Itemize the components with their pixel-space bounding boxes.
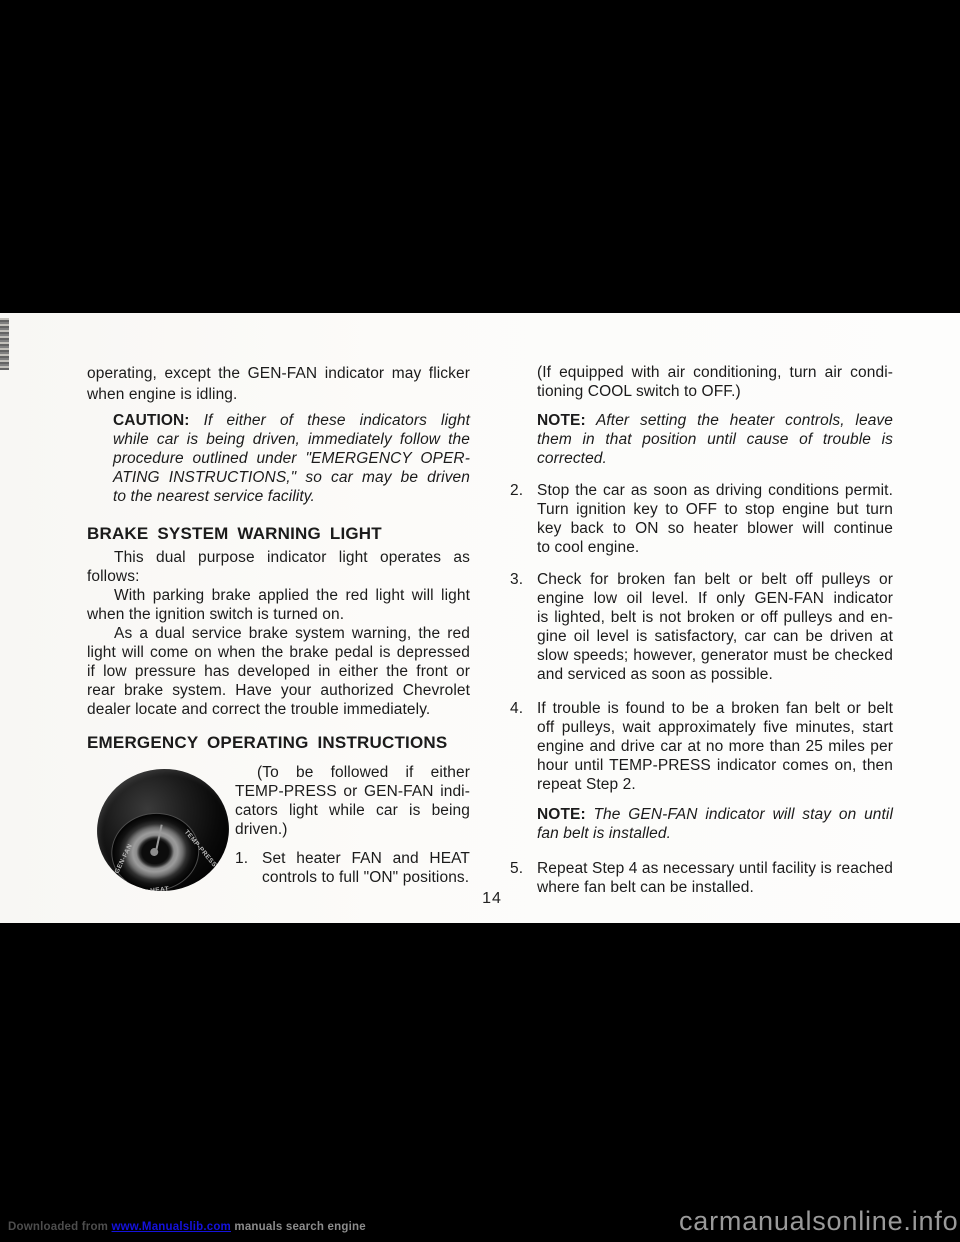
screen: operating, except the GEN-FAN indicator … [0,0,960,1242]
text-line: ATING INSTRUCTIONS," so car may be drive… [113,468,470,487]
text-line: light will come on when the brake pedal … [87,643,470,662]
block-label: CAUTION: [113,412,190,429]
list-item-4-number: 4. [510,699,537,794]
item1-continuation: (If equipped with air conditioning, turn… [537,363,893,401]
text-line: is lighted, belt is not broken or off pu… [537,608,893,627]
list-item-2: 2. Stop the car as soon as driving condi… [510,481,893,557]
downloaded-suffix: manuals search engine [231,1221,366,1233]
manualslib-link[interactable]: www.Manualslib.com [112,1221,231,1233]
list-item-1-number: 1. [235,849,262,887]
text-line: dealer locate and correct the trouble im… [87,700,470,719]
downloaded-prefix: Downloaded from [8,1221,112,1233]
text-line: With parking brake applied the red light… [87,586,470,605]
emergency-intro: (To be followed if eitherTEMP-PRESS or G… [235,763,470,839]
page-number: 14 [24,890,960,908]
text-line: (If equipped with air conditioning, turn… [537,363,893,382]
left-column: operating, except the GEN-FAN indicator … [87,363,470,895]
brake-paragraph-2: With parking brake applied the red light… [87,586,470,624]
block-label: NOTE: [537,412,586,429]
text-line: gine oil level is satisfactory, car can … [537,627,893,646]
right-column: (If equipped with air conditioning, turn… [510,363,893,897]
text-line: follows: [87,567,470,586]
text-line: TEMP-PRESS or GEN-FAN indi- [235,782,470,801]
text-line: key back to ON so heater blower will con… [537,519,893,538]
carmanualsonline-watermark: carmanualsonline.info [679,1206,958,1237]
list-item-3-text: Check for broken fan belt or belt off pu… [537,570,893,684]
text-line: Stop the car as soon as driving conditio… [537,481,893,500]
list-item-1: 1. Set heater FAN and HEATcontrols to fu… [235,849,470,887]
text-line: fan belt is installed. [537,824,893,843]
block-label: NOTE: [537,806,586,823]
manual-page: operating, except the GEN-FAN indicator … [0,313,960,923]
text-line: If trouble is found to be a broken fan b… [537,699,893,718]
text-line: repeat Step 2. [537,775,893,794]
text-line: Repeat Step 4 as necessary until facilit… [537,859,893,878]
brake-paragraph-1: This dual purpose indicator light operat… [87,548,470,586]
text-line: hour until TEMP-PRESS indicator comes on… [537,756,893,775]
downloaded-watermark: Downloaded from www.Manualslib.com manua… [8,1221,366,1233]
text-line: (To be followed if either [235,763,470,782]
scan-artifact [0,318,9,370]
list-item-4-text: If trouble is found to be a broken fan b… [537,699,893,794]
note-block-1: NOTE: After setting the heater controls,… [537,411,893,468]
text-line: procedure outlined under "EMERGENCY OPER… [113,449,470,468]
text-line: tioning COOL switch to OFF.) [537,382,893,401]
emergency-heading: EMERGENCY OPERATING INSTRUCTIONS [87,732,470,753]
brake-paragraph-3: As a dual service brake system warning, … [87,624,470,719]
list-item-2-number: 2. [510,481,537,557]
text-line: CAUTION: If either of these indicators l… [113,411,470,430]
text-line: if low pressure has developed in either … [87,662,470,681]
text-line: operating, except the GEN-FAN indicator … [87,363,470,384]
text-line: NOTE: The GEN-FAN indicator will stay on… [537,805,893,824]
caution-block: CAUTION: If either of these indicators l… [113,411,470,506]
text-line: controls to full "ON" positions. [262,868,470,887]
text-line: NOTE: After setting the heater controls,… [537,411,893,430]
text-line: them in that position until cause of tro… [537,430,893,449]
text-line: engine and drive car at no more than 25 … [537,737,893,756]
list-item-2-text: Stop the car as soon as driving conditio… [537,481,893,557]
text-line: when engine is idling. [87,384,470,405]
note-block-2: NOTE: The GEN-FAN indicator will stay on… [537,805,893,843]
emergency-section: GEN-FAN HEAT TEMP-PRESS (To be followed … [87,763,470,895]
list-item-4: 4. If trouble is found to be a broken fa… [510,699,893,794]
emergency-text-flow: (To be followed if eitherTEMP-PRESS or G… [235,763,470,887]
indicator-gauge-photo: GEN-FAN HEAT TEMP-PRESS [91,762,235,897]
text-line: corrected. [537,449,893,468]
text-line: engine low oil level. If only GEN-FAN in… [537,589,893,608]
text-line: Set heater FAN and HEAT [262,849,470,868]
list-item-3: 3. Check for broken fan belt or belt off… [510,570,893,684]
text-line: cators light while car is being [235,801,470,820]
text-line: off pulleys, wait approximately five min… [537,718,893,737]
text-line: when the ignition switch is turned on. [87,605,470,624]
brake-warning-heading: BRAKE SYSTEM WARNING LIGHT [87,523,470,544]
text-line: driven.) [235,820,470,839]
text-line: This dual purpose indicator light operat… [87,548,470,567]
text-line: rear brake system. Have your authorized … [87,681,470,700]
text-line: while car is being driven, immediately f… [113,430,470,449]
intro-paragraph: operating, except the GEN-FAN indicator … [87,363,470,405]
text-line: and serviced as soon as possible. [537,665,893,684]
text-line: Turn ignition key to OFF to stop engine … [537,500,893,519]
text-line: As a dual service brake system warning, … [87,624,470,643]
text-line: to the nearest service facility. [113,487,470,506]
text-line: slow speeds; however, generator must be … [537,646,893,665]
list-item-1-text: Set heater FAN and HEATcontrols to full … [262,849,470,887]
text-line: Check for broken fan belt or belt off pu… [537,570,893,589]
text-line: to cool engine. [537,538,893,557]
list-item-3-number: 3. [510,570,537,684]
